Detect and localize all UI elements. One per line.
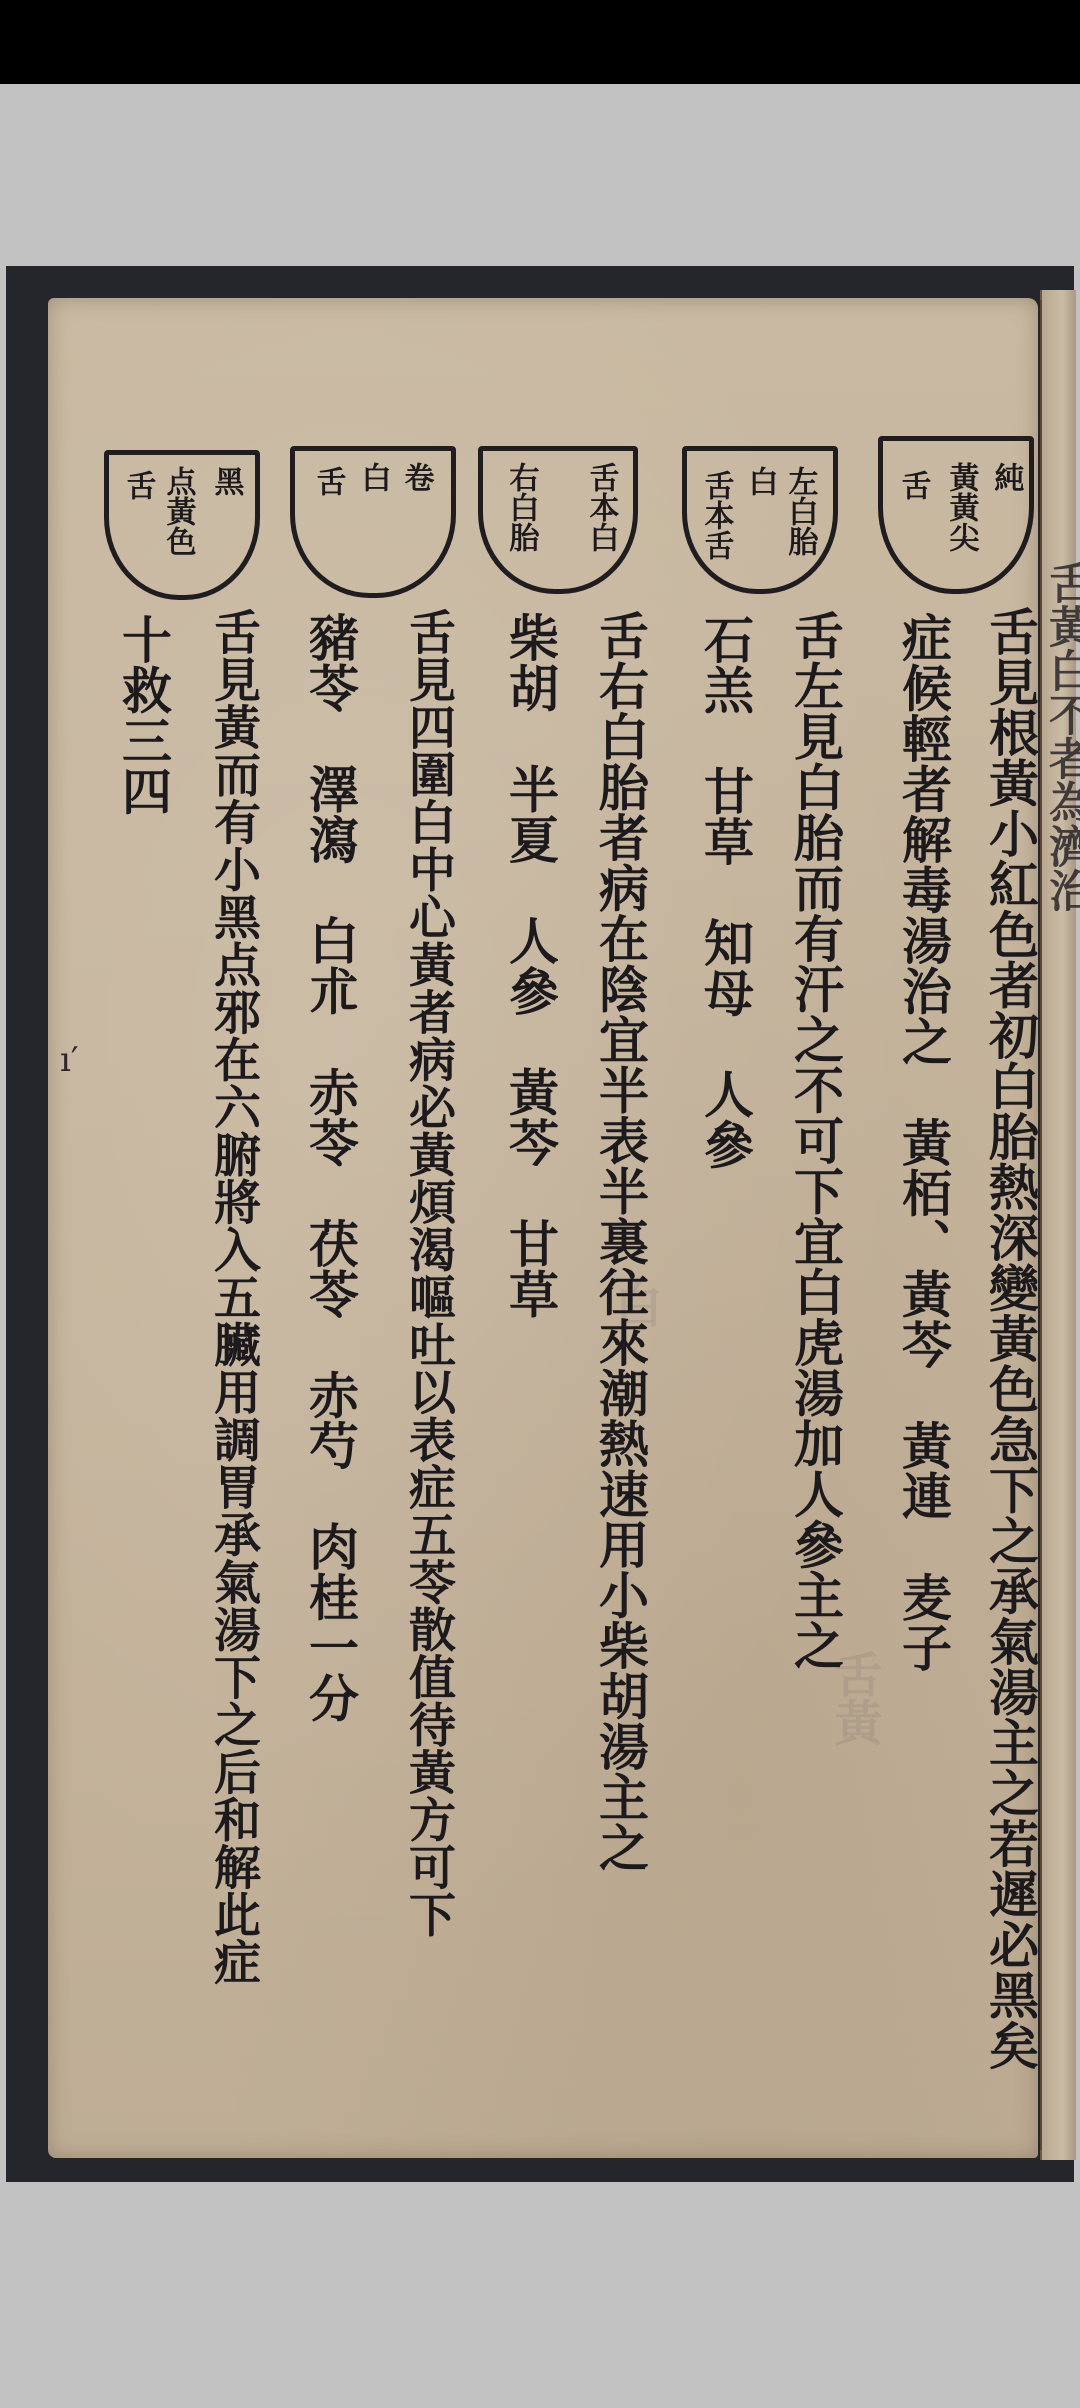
entry-remedy-column: 石羔 甘草 知母 人參: [700, 614, 750, 1170]
entry-text-column: 舌右白胎者病在陰宜半表半裏往來潮熱速用小柴胡湯主之: [595, 610, 645, 1873]
tongue-label-line: 黃黃尖: [945, 462, 977, 552]
tongue-label-line: 卷: [400, 462, 432, 492]
entry-text-column: 舌見黃而有小黑点邪在六腑將入五臟用調胃承氣湯下之后和解此症: [210, 608, 257, 1986]
tongue-label-line: 舌本舌: [700, 470, 732, 560]
tongue-label-line: 右白胎: [505, 462, 537, 552]
tongue-label-line: 点黃色: [162, 466, 194, 556]
tongue-label-line: 舌本白: [585, 462, 617, 552]
entry-remedy-column: 十救三四: [118, 614, 168, 816]
tongue-label-line: 舌: [122, 470, 154, 500]
entry-remedy-column: 症候輕者解毒湯治之 黃栢、黃芩 黃連 麦子: [898, 612, 948, 1673]
tongue-label-line: 白: [357, 462, 389, 492]
tongue-label-line: 純: [990, 462, 1022, 492]
entry-text-column: 舌見四圍白中心黃者病必黃煩渴嘔吐以表症五苓散值待黃方可下: [405, 608, 452, 1938]
tongue-label-line: 白: [744, 466, 776, 496]
adjacent-page-text: 舌黃白不者為濟治: [1034, 560, 1080, 912]
entry-remedy-column: 柴胡 半夏 人參 黃芩 甘草: [505, 612, 555, 1319]
status-bar: [0, 0, 1080, 84]
ink-mark: ı′: [60, 1040, 79, 1080]
tongue-label-line: 舌: [312, 466, 344, 496]
entry-text-column: 舌見根黃小紅色者初白胎熱深變黃色急下之承氣湯主之若遲必黑矣: [985, 606, 1035, 2071]
entry-remedy-column: 豬苓 澤瀉 白朮 赤苓 茯苓 赤芍 肉桂一分: [305, 612, 355, 1723]
tongue-label-line: 左白胎: [784, 466, 816, 556]
tongue-label-line: 舌: [897, 470, 929, 500]
entry-text-column: 舌左見白胎而有汗之不可下宜白虎湯加人參主之: [790, 610, 840, 1671]
tongue-label-line: 黑: [210, 466, 242, 496]
